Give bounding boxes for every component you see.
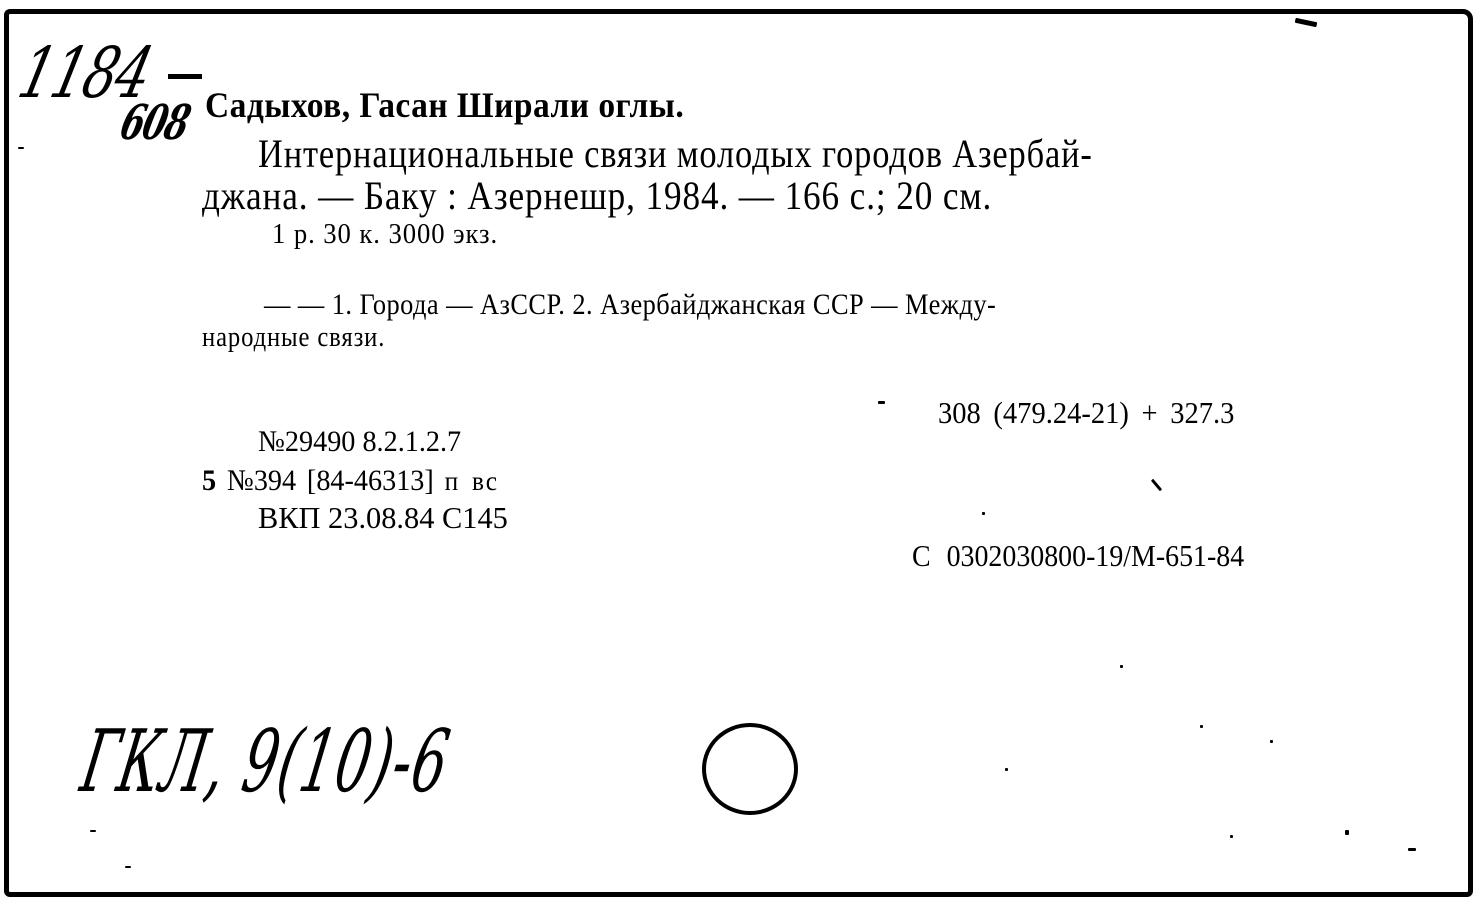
scan-artifact	[90, 830, 96, 832]
scan-artifact	[1270, 740, 1273, 743]
scan-artifact	[1005, 768, 1008, 771]
udc-classification: 308 (479.24-21) + 327.3	[938, 395, 1234, 431]
registration-number: №394 [84-46313]	[227, 464, 434, 497]
subject-headings-line-1: — — 1. Города — АзССР. 2. Азербайджанска…	[264, 288, 996, 322]
circle-mark-icon	[702, 723, 798, 815]
scan-artifact	[1120, 665, 1123, 668]
scan-artifact	[1230, 835, 1233, 838]
registration-line-2: 5 №394 [84-46313] п вс	[202, 464, 499, 498]
scan-artifact	[125, 866, 131, 868]
publisher-code: С 0302030800-19/М-651-84	[912, 538, 1244, 574]
handwritten-note: ГКЛ, 9(10)-6	[74, 712, 457, 812]
scan-artifact	[878, 401, 885, 404]
shelfmark-fraction-bar	[168, 74, 202, 79]
scan-artifact	[1200, 725, 1203, 728]
author-heading: Садыхов, Гасан Ширали оглы.	[205, 84, 684, 126]
scan-artifact	[1345, 830, 1349, 835]
scan-artifact	[1408, 848, 1416, 851]
price-and-print-run: 1 р. 30 к. 3000 экз.	[272, 218, 498, 251]
title-line-2: джана. — Баку : Азернешр, 1984. — 166 с.…	[202, 172, 992, 219]
registration-suffix: п вс	[445, 466, 499, 496]
registration-line-1: №29490 8.2.1.2.7	[258, 425, 461, 459]
registration-line-3: ВКП 23.08.84 С145	[258, 500, 508, 536]
registration-prefix: 5	[202, 464, 216, 497]
shelfmark-bottom: 608	[116, 98, 194, 148]
scan-artifact	[982, 512, 985, 515]
subject-headings-line-2: народные связи.	[202, 322, 385, 354]
scan-artifact	[18, 147, 24, 149]
title-line-1: Интернациональные связи молодых городов …	[258, 130, 1093, 177]
